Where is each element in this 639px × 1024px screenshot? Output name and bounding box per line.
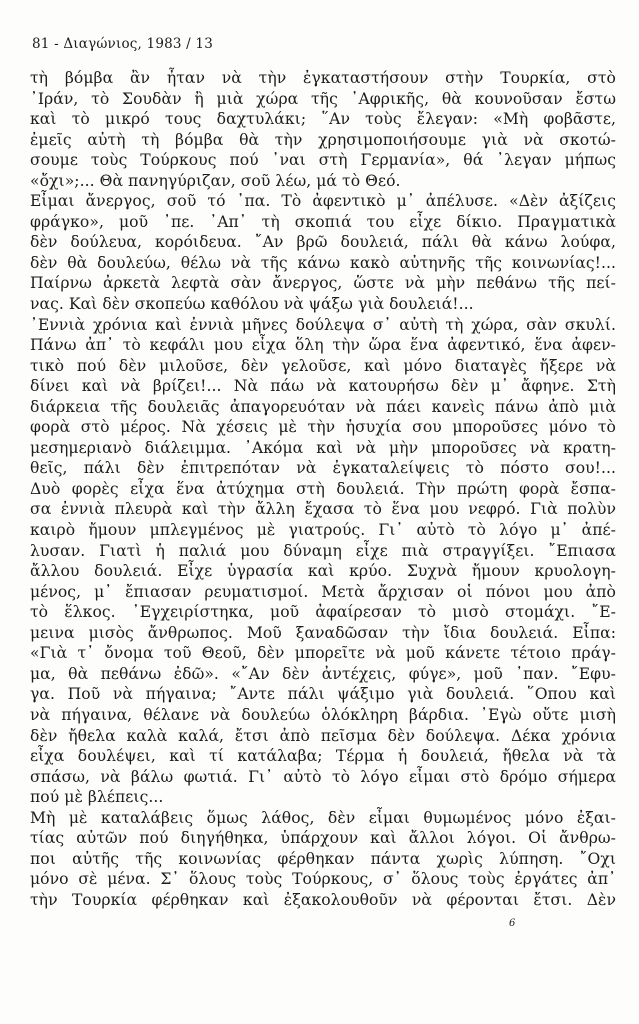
text-line: ἄλλου δουλειά. Εἶχε ὑγρασία καὶ κρύο. Συ… [30, 561, 616, 582]
text-line: Παίρνω ἀρκετὰ λεφτὰ σὰν ἄνεργος, ὥστε νὰ… [30, 273, 616, 294]
text-line: δὲν θὰ δουλεύω, θέλω νὰ τῆς κάνω κακὸ αὐ… [30, 253, 616, 274]
text-line: ποι αὐτῆς τῆς κοινωνίας φέρθηκαν πάντα χ… [30, 849, 616, 870]
text-line: Εἶμαι ἄνεργος, σοῦ τό ᾿πα. Τὸ ἀφεντικὸ μ… [30, 191, 616, 212]
text-line: Δυὸ φορὲς εἶχα ἕνα ἀτύχημα στὴ δουλειά. … [30, 479, 616, 500]
text-line: λυσαν. Γιατὶ ἡ παλιά μου δύναμη εἶχε πιὰ… [30, 541, 616, 562]
text-line: φορὰ στὸ μέρος. Νὰ χέσεις μὲ τὴν ἡσυχία … [30, 417, 616, 438]
text-line: ᾿Εννιὰ χρόνια καὶ ἐννιὰ μῆνες δούλεψα σ᾿… [30, 315, 616, 336]
text-line: ᾿Ιράν, τὸ Σουδὰν ἢ μιὰ χώρα τῆς ᾿Αφρικῆς… [30, 89, 616, 110]
signature-mark: 6 [509, 918, 515, 929]
text-line: «Γιὰ τ᾿ ὄνομα τοῦ Θεοῦ, δὲν μπορεῖτε νὰ … [30, 643, 616, 664]
running-head: 81 - Διαγώνιος, 1983 / 13 [32, 36, 213, 52]
text-line: θεῖς, πάλι δὲν ἐπιτρεπόταν νὰ ἐγκαταλείψ… [30, 458, 616, 479]
text-line: μεσημεριανὸ διάλειμμα. ᾿Ακόμα καὶ νὰ μὴν… [30, 438, 616, 459]
text-line: Πάνω ἀπ᾿ τὸ κεφάλι μου εἶχα ὅλη τὴν ὥρα … [30, 335, 616, 356]
text-line: Μὴ μὲ καταλάβεις ὅμως λάθος, δὲν εἶμαι θ… [30, 808, 616, 829]
text-line: διάρκεια τῆς δουλειᾶς ἀπαγορευόταν νὰ πά… [30, 397, 616, 418]
text-line: καὶ τὸ μικρό τους δαχτυλάκι; ῞Αν τοὺς ἔλ… [30, 109, 616, 130]
text-line: νας. Καὶ δὲν σκοπεύω καθόλου νὰ ψάξω γιὰ… [30, 294, 616, 315]
text-line: τὴν Τουρκία φέρθηκαν καὶ ἐξακολουθοῦν νὰ… [30, 890, 616, 911]
text-line: φράγκο», μοῦ ᾿πε. ᾿Απ᾿ τὴ σκοπιά του εἶχ… [30, 212, 616, 233]
text-line: τὸ ἕλκος. ᾿Εγχειρίστηκα, μοῦ ἀφαίρεσαν τ… [30, 602, 616, 623]
text-line: δὲν δούλευα, κορόιδευα. ῎Αν βρῶ δουλειά,… [30, 232, 616, 253]
text-line: τὴ βόμβα ἂν ἦταν νὰ τὴν ἐγκαταστήσουν στ… [30, 68, 616, 89]
text-line: δὲν ἤθελα καλὰ καλά, ἔτσι ἀπὸ πεῖσμα δὲν… [30, 726, 616, 747]
text-line: σα ἐννιὰ πλευρὰ καὶ τὴν ἄλλη ἔχασα τὸ ἕν… [30, 499, 616, 520]
text-line: σπάσω, νὰ βάλω φωτιά. Γι᾿ αὐτὸ τὸ λόγο ε… [30, 767, 616, 788]
text-line: καιρὸ ἤμουν μπλεγμένος μὲ γιατρούς. Γι᾿ … [30, 520, 616, 541]
text-line: πού μὲ βλέπεις... [30, 787, 616, 808]
text-line: μένος, μ᾿ ἔπιασαν ρευματισμοί. Μετὰ ἄρχι… [30, 582, 616, 603]
text-line: νὰ πήγαινα, θέλανε νὰ δουλεύω ὁλόκληρη β… [30, 705, 616, 726]
text-line: δίνει καὶ νὰ βρίζει!... Νὰ πάω νὰ κατουρ… [30, 376, 616, 397]
text-line: ἐμεῖς αὐτὴ τὴ βόμβα θὰ τὴν χρησιμοποιήσο… [30, 130, 616, 151]
text-line: μα, θὰ πεθάνω ἐδῶ». «῎Αν δὲν ἀντέχεις, φ… [30, 664, 616, 685]
text-line: σουμε τοὺς Τούρκους πού ᾿ναι στὴ Γερμανί… [30, 150, 616, 171]
text-line: τίας αὐτῶν πού διηγήθηκα, ὑπάρχουν καὶ ἄ… [30, 828, 616, 849]
text-line: μόνο σὲ μένα. Σ᾿ ὅλους τοὺς Τούρκους, σ᾿… [30, 869, 616, 890]
text-line: μεινα μισὸς ἄνθρωπος. Μοῦ ξαναδῶσαν τὴν … [30, 623, 616, 644]
text-line: τικὸ πού δὲν μιλοῦσε, δὲν γελοῦσε, καὶ μ… [30, 356, 616, 377]
text-line: εἶχα δουλέψει, καὶ τί κατάλαβα; Τέρμα ἡ … [30, 746, 616, 767]
text-line: γα. Ποῦ νὰ πήγαινα; ῎Αντε πάλι ψάξιμο γι… [30, 684, 616, 705]
body-text: τὴ βόμβα ἂν ἦταν νὰ τὴν ἐγκαταστήσουν στ… [30, 68, 616, 910]
text-line: «ὄχι»;... Θὰ πανηγύριζαν, σοῦ λέω, μά τὸ… [30, 171, 616, 192]
